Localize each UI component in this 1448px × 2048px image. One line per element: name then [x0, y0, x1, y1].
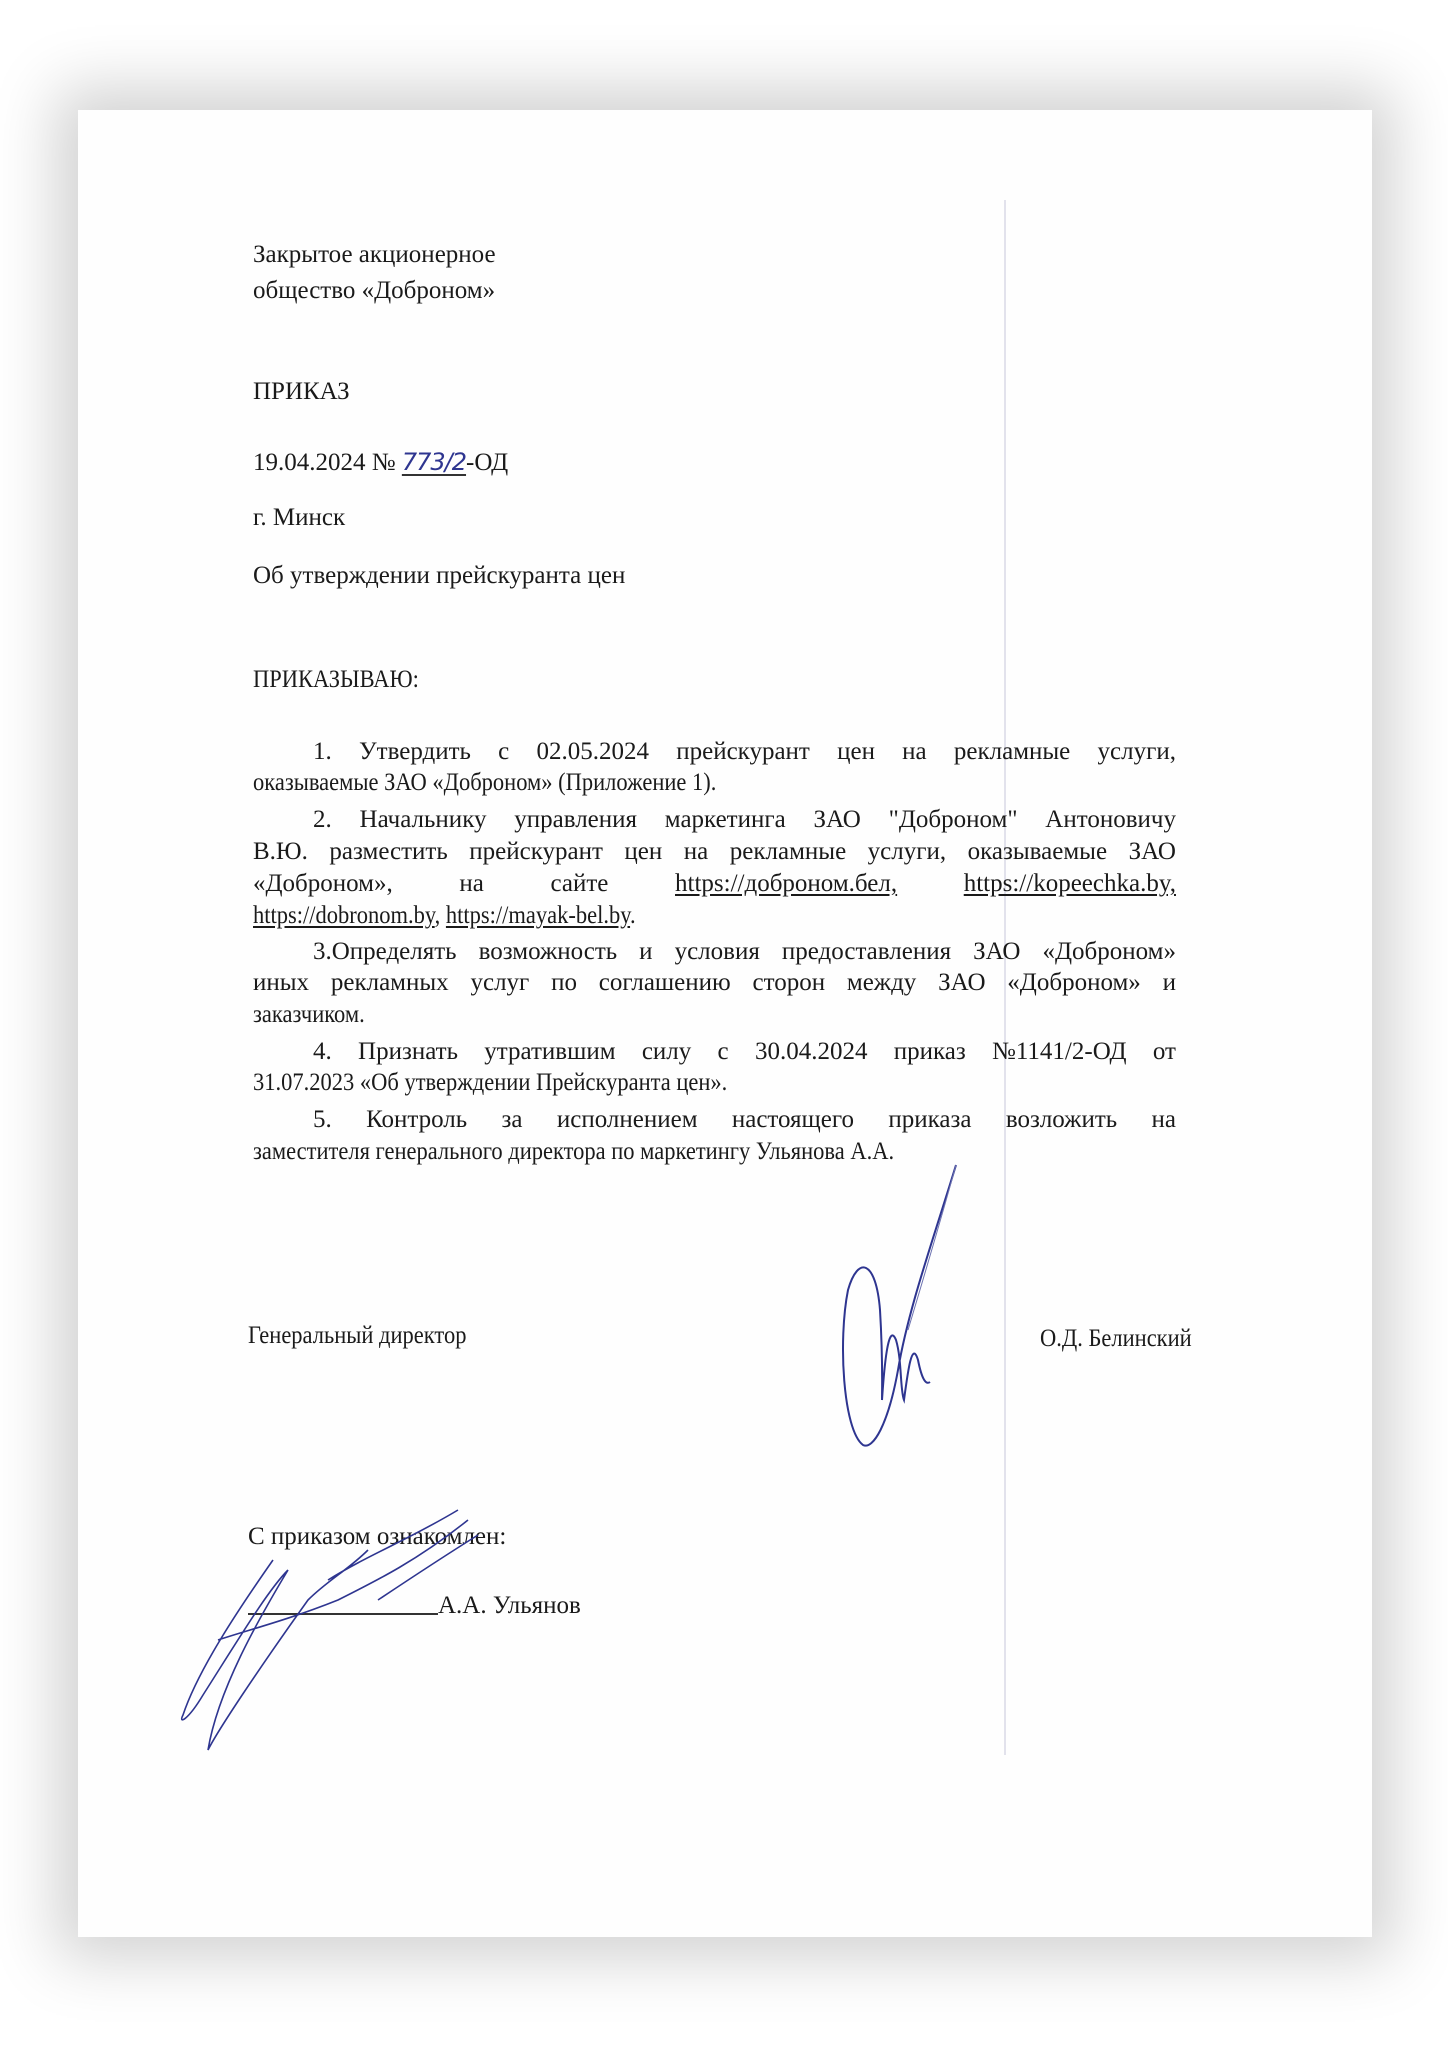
word: за — [502, 1105, 523, 1135]
word: иных — [253, 968, 309, 998]
doc-type: ПРИКАЗ — [253, 377, 350, 407]
word: и — [1163, 968, 1176, 998]
city: г. Минск — [253, 503, 345, 533]
word: ЗАО — [973, 937, 1020, 967]
paragraph-2-line-4: https://dobronom.by, https://mayak-bel.b… — [253, 901, 636, 931]
paragraph-1-line-1: 1.Утвердитьс02.05.2024прейскурантценнаре… — [313, 737, 1176, 767]
word: утратившим — [484, 1037, 615, 1067]
word: возложить — [1006, 1105, 1117, 1135]
signer-name: О.Д. Белинский — [1040, 1324, 1192, 1354]
paragraph-3-line-3: заказчиком. — [253, 1000, 365, 1030]
word: ЗАО — [813, 805, 860, 835]
director-signature — [838, 1160, 958, 1460]
word: прейскурант — [469, 837, 603, 867]
word: предоставления — [782, 937, 951, 967]
word: прейскурант — [676, 737, 810, 767]
paragraph-4-line-1: 4.Признатьутратившимсилус30.04.2024прика… — [313, 1037, 1176, 1067]
word: 30.04.2024 — [755, 1037, 868, 1067]
word: «Доброном», — [253, 869, 393, 899]
acknowledgement-signature — [178, 1480, 498, 1760]
word: и — [639, 937, 652, 967]
word: цен — [837, 737, 875, 767]
word: оказываемые — [968, 837, 1107, 867]
word: настоящего — [732, 1105, 854, 1135]
word: с — [718, 1037, 729, 1067]
word: управления — [514, 805, 637, 835]
word: 3.Определять — [313, 937, 457, 967]
word: 1. — [313, 737, 332, 767]
word: условия — [675, 937, 760, 967]
date-number-line: 19.04.2024 № 773/2-ОД — [253, 447, 508, 478]
number-suffix: -ОД — [466, 449, 508, 476]
subject: Об утверждении прейскуранта цен — [253, 561, 625, 591]
word: 4. — [313, 1037, 332, 1067]
word: «Доброном» — [1043, 937, 1177, 967]
word: услуги, — [868, 837, 946, 867]
word: сторон — [753, 968, 826, 998]
doc-date: 19.04.2024 — [253, 449, 366, 476]
punct: . — [630, 902, 636, 929]
word: маркетинга — [665, 805, 786, 835]
paragraph-2-line-1: 2.НачальникууправлениямаркетингаЗАО"Добр… — [313, 805, 1176, 835]
word: соглашению — [599, 968, 731, 998]
link[interactable]: https://dobronom.by — [253, 902, 435, 929]
word: между — [847, 968, 916, 998]
word: В.Ю. — [253, 837, 308, 867]
paragraph-4-line-2: 31.07.2023 «Об утверждении Прейскуранта … — [253, 1068, 727, 1098]
punct: , — [435, 902, 446, 929]
word: Признать — [358, 1037, 458, 1067]
number-prefix: № — [372, 449, 396, 476]
word: исполнением — [557, 1105, 698, 1135]
word: «Доброном» — [1007, 968, 1141, 998]
word: Антоновичу — [1045, 805, 1176, 835]
word: №1141/2-ОД — [992, 1037, 1127, 1067]
word: приказа — [888, 1105, 971, 1135]
word: на — [459, 869, 483, 899]
paragraph-3-line-1: 3.Определятьвозможностьиусловияпредостав… — [313, 937, 1176, 967]
word: на — [902, 737, 926, 767]
word: 5. — [313, 1105, 332, 1135]
signer-position: Генеральный директор — [248, 1321, 466, 1351]
word: Контроль — [366, 1105, 467, 1135]
paragraph-5-line-1: 5.Контрользаисполнениемнастоящегоприказа… — [313, 1105, 1176, 1135]
word: силу — [642, 1037, 691, 1067]
word: на — [1152, 1105, 1176, 1135]
word: цен — [624, 837, 662, 867]
word: "Доброном" — [889, 805, 1018, 835]
paragraph-5-line-2: заместителя генерального директора по ма… — [253, 1137, 894, 1167]
word: 2. — [313, 805, 332, 835]
word: с — [498, 737, 509, 767]
word: ЗАО — [1129, 837, 1176, 867]
word: Утвердить — [359, 737, 471, 767]
word: по — [551, 968, 577, 998]
word: услуги, — [1098, 737, 1176, 767]
document-page: Закрытое акционерное общество «Доброном»… — [78, 110, 1372, 1937]
order-heading: ПРИКАЗЫВАЮ: — [253, 665, 419, 695]
paragraph-2-line-3: «Доброном»,насайтеhttps://доброном.бел,h… — [253, 869, 1176, 899]
doc-number-handwritten: 773/2 — [402, 448, 466, 476]
organization-line-2: общество «Доброном» — [253, 276, 495, 306]
word: от — [1153, 1037, 1176, 1067]
word: рекламные — [954, 737, 1070, 767]
word: рекламные — [730, 837, 846, 867]
paragraph-3-line-2: иныхрекламныхуслугпосоглашениюсторонмежд… — [253, 968, 1176, 998]
organization-line-1: Закрытое акционерное — [253, 240, 496, 270]
word: на — [684, 837, 708, 867]
word: ЗАО — [938, 968, 985, 998]
link[interactable]: https://доброном.бел, — [675, 869, 897, 899]
word: услуг — [470, 968, 529, 998]
word: возможность — [479, 937, 618, 967]
word: Начальнику — [360, 805, 487, 835]
word: рекламных — [331, 968, 449, 998]
word: приказ — [894, 1037, 966, 1067]
paragraph-2-line-2: В.Ю.разместитьпрейскурантценнарекламныеу… — [253, 837, 1176, 867]
link[interactable]: https://mayak-bel.by — [446, 902, 630, 929]
word: разместить — [329, 837, 447, 867]
word: сайте — [550, 869, 608, 899]
paragraph-1-line-2: оказываемые ЗАО «Доброном» (Приложение 1… — [253, 768, 716, 798]
link[interactable]: https://kopeechka.by, — [964, 869, 1176, 899]
word: 02.05.2024 — [537, 737, 650, 767]
